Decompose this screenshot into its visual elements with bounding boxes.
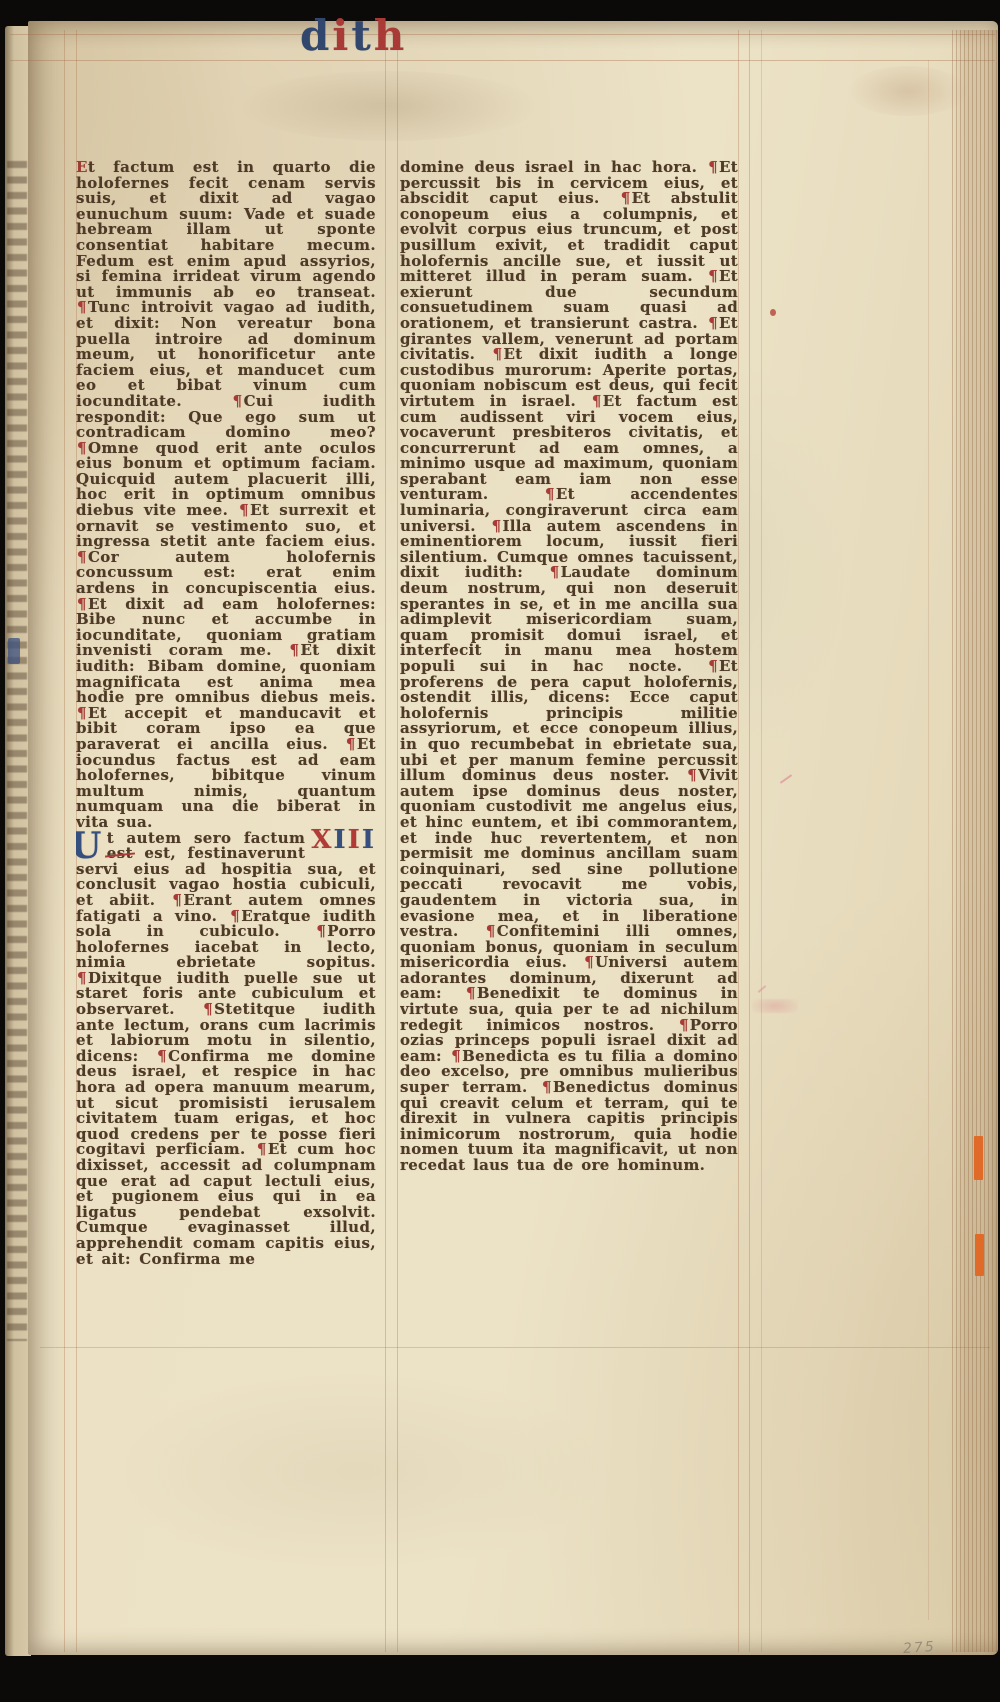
expunged-word: est: [107, 844, 133, 862]
paraph-mark: ¶: [76, 969, 88, 987]
ruling-line-bottom: [40, 1347, 990, 1348]
paraph-mark: ¶: [707, 657, 719, 675]
fore-edge-tab-orange: [974, 1136, 983, 1180]
previous-page-text-fragments: [7, 161, 27, 1341]
running-title-letter: d: [300, 12, 329, 62]
paraph-mark: ¶: [315, 922, 327, 940]
paraph-mark: ¶: [450, 1047, 462, 1065]
stain: [108, 1371, 608, 1571]
paraph-mark: ¶: [549, 563, 561, 581]
paraph-mark: ¶: [591, 392, 603, 410]
ruling-line-gutter-b: [397, 30, 398, 1652]
ruling-line-col2-right-b: [749, 30, 750, 1652]
paraph-mark: ¶: [541, 1078, 553, 1096]
ruling-line-margin: [761, 30, 762, 1652]
running-title-letter: h: [374, 12, 405, 62]
chapter-number-letter: I: [362, 825, 376, 855]
running-title-letter: i: [332, 12, 348, 62]
paraph-mark: ¶: [465, 984, 477, 1002]
chapter-initial-U: U: [76, 831, 102, 861]
previous-page-blue-initial: [8, 638, 20, 664]
paraph-mark: ¶: [707, 160, 719, 176]
book-fore-edge: [952, 30, 998, 1652]
column2-text: domine deus israel in hac hora. ¶Et perc…: [400, 160, 738, 1174]
paraph-mark: ¶: [485, 922, 497, 940]
paraph-mark: ¶: [492, 345, 504, 363]
paraph-mark: ¶: [238, 501, 250, 519]
paraph-mark: ¶: [76, 298, 88, 316]
ruling-line-col1-left-a: [64, 30, 65, 1652]
ruling-line-col2-right-a: [738, 30, 739, 1652]
faint-marginal-annotation: [752, 999, 798, 1013]
paraph-mark: ¶: [256, 1140, 268, 1158]
folio-number: 275: [902, 1639, 936, 1657]
paraph-mark: ¶: [289, 641, 301, 659]
chapter-number-XIII: XIII: [311, 829, 376, 851]
column1-chapter13-text-b: est, festinaverunt servi eius ad hospiti…: [76, 844, 376, 1267]
paraph-mark: ¶: [171, 891, 183, 909]
paraph-mark: ¶: [76, 439, 88, 457]
ruling-line-top-1: [10, 34, 995, 35]
ruling-line-outer-margin: [928, 60, 929, 1620]
paraph-mark: ¶: [76, 548, 88, 566]
paraph-mark: ¶: [678, 1016, 690, 1034]
paraph-mark: ¶: [707, 314, 719, 332]
manuscript-photograph: d i t h Et factum est in quarto die holo…: [0, 0, 1000, 1702]
paraph-mark: ¶: [345, 735, 357, 753]
fore-edge-tab-orange: [975, 1234, 984, 1276]
ruling-line-gutter-a: [385, 30, 386, 1652]
paraph-mark: ¶: [229, 907, 241, 925]
paraph-mark: ¶: [583, 953, 595, 971]
paraph-mark: ¶: [202, 1000, 214, 1018]
paraph-mark: ¶: [707, 267, 719, 285]
running-title-letter: t: [351, 12, 370, 62]
paraph-mark: ¶: [156, 1047, 168, 1065]
margin-red-dot: [770, 309, 776, 316]
paraph-mark: ¶: [232, 392, 244, 410]
chapter-number-letter: I: [348, 825, 362, 855]
chapter-number-letter: I: [333, 825, 347, 855]
running-title: d i t h: [300, 12, 470, 62]
paraph-mark: ¶: [686, 766, 698, 784]
paraph-mark: ¶: [620, 189, 632, 207]
paraph-mark: ¶: [76, 704, 88, 722]
text-column-left: Et factum est in quarto die holofernes f…: [76, 160, 376, 1332]
paraph-mark: ¶: [491, 517, 503, 535]
column1-chapter12-text: Et factum est in quarto die holofernes f…: [76, 160, 376, 831]
text-column-right: domine deus israel in hac hora. ¶Et perc…: [400, 160, 738, 1322]
stain: [238, 71, 538, 141]
ruling-line-top-2: [10, 60, 995, 61]
chapter-number-letter: X: [311, 825, 333, 855]
chapter-13-opening: U XIII t autem sero factum est est, fest…: [76, 831, 376, 1268]
paraph-mark: ¶: [76, 595, 88, 613]
stain: [848, 66, 968, 116]
paraph-mark: ¶: [544, 485, 556, 503]
